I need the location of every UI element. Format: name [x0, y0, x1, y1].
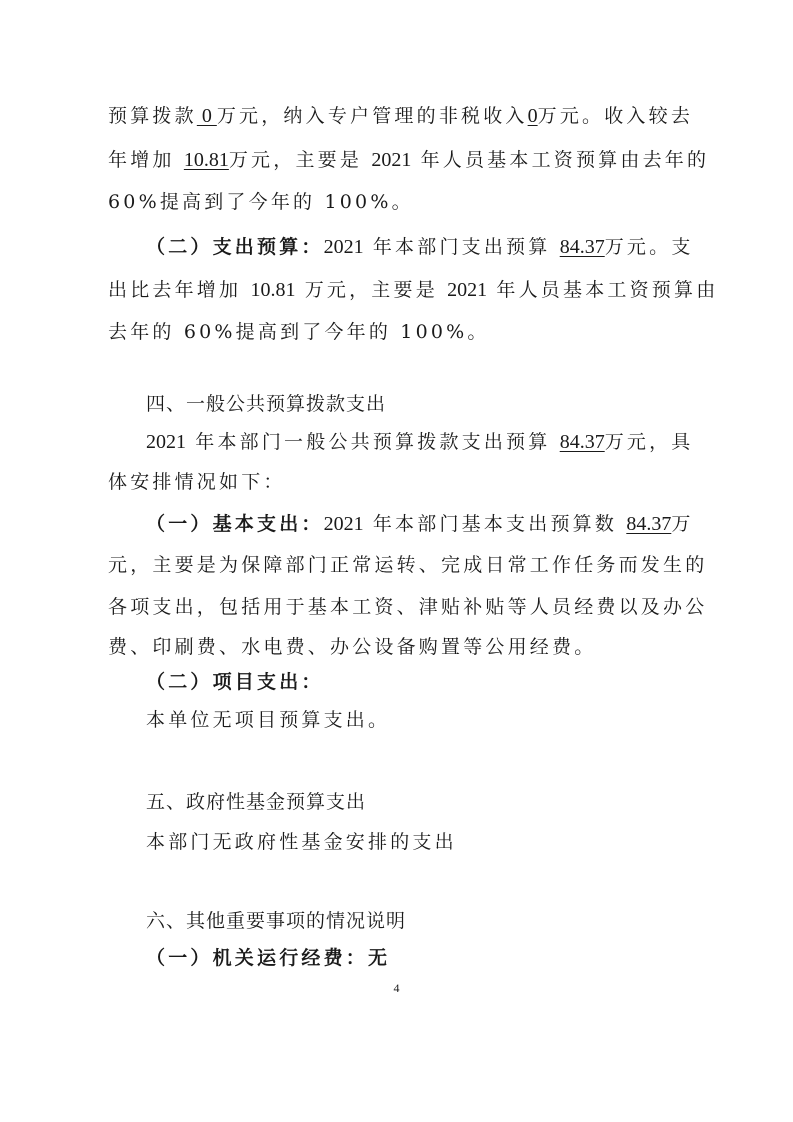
project-expenditure-label: （二）项目支出：	[146, 670, 726, 694]
document-page: 预算拨款 0 万元，纳入专户管理的非税收入0万元。收入较去 年增加 10.81万…	[0, 0, 793, 1122]
operating-expenses-item: （一）机关运行经费：无	[146, 946, 726, 970]
section-4-intro-line-2: 体安排情况如下：	[108, 470, 688, 494]
income-paragraph-line-1: 预算拨款 0 万元，纳入专户管理的非税收入0万元。收入较去	[108, 104, 688, 128]
income-paragraph-line-2: 年增加 10.81万元，主要是 2021 年人员基本工资预算由去年的	[108, 148, 688, 172]
year: 2021	[324, 236, 364, 258]
section-4-intro-line-1: 2021 年本部门一般公共预算拨款支出预算 84.37万元，具	[146, 430, 726, 454]
page-number: 4	[0, 981, 793, 996]
section-6-heading: 六、其他重要事项的情况说明	[146, 909, 726, 933]
expenditure-budget-line-3: 去年的 60%提高到了今年的 100%。	[108, 320, 688, 344]
text: 年本部门基本支出预算数	[373, 513, 617, 535]
year: 2021	[371, 149, 411, 171]
basic-expenditure-line-4: 费、印刷费、水电费、办公设备购置等公用经费。	[108, 635, 688, 659]
underlined-value: 0	[197, 105, 217, 127]
text: 年人员基本工资预算由去年的	[421, 149, 710, 171]
subsection-label: （一）基本支出：	[146, 513, 324, 535]
text: 年本部门支出预算	[373, 236, 551, 258]
text: 万元。收入较去	[538, 105, 693, 127]
section-5-text: 本部门无政府性基金安排的支出	[146, 830, 726, 854]
section-4-heading: 四、一般公共预算拨款支出	[146, 392, 726, 416]
underlined-value: 84.37	[560, 236, 605, 258]
expenditure-budget-line-2: 出比去年增加 10.81 万元，主要是 2021 年人员基本工资预算由	[108, 278, 688, 302]
subsection-label: （二）支出预算：	[146, 236, 324, 258]
text: 60%提高到了今年的 100%。	[108, 191, 414, 213]
project-expenditure-text: 本单位无项目预算支出。	[146, 708, 726, 732]
text: 万元，具	[605, 431, 694, 453]
section-5-heading: 五、政府性基金预算支出	[146, 790, 726, 814]
text: 年本部门一般公共预算拨款支出预算	[195, 431, 550, 453]
basic-expenditure-line-1: （一）基本支出：2021 年本部门基本支出预算数 84.37万	[146, 512, 726, 536]
year: 2021	[146, 431, 186, 453]
text: 去年的 60%提高到了今年的 100%。	[108, 321, 490, 343]
basic-expenditure-line-3: 各项支出，包括用于基本工资、津贴补贴等人员经费以及办公	[108, 595, 688, 619]
text: 年增加	[108, 149, 175, 171]
income-paragraph-line-3: 60%提高到了今年的 100%。	[108, 190, 688, 214]
text: 万元，主要是	[305, 279, 438, 301]
underlined-value: 84.37	[560, 431, 605, 453]
basic-expenditure-line-2: 元，主要是为保障部门正常运转、完成日常工作任务而发生的	[108, 553, 688, 577]
year: 2021	[324, 513, 364, 535]
value: 10.81	[250, 279, 295, 301]
year: 2021	[447, 279, 487, 301]
expenditure-budget-line-1: （二）支出预算：2021 年本部门支出预算 84.37万元。支	[146, 235, 726, 259]
text: 万元。支	[605, 236, 694, 258]
text: 万元，纳入专户管理的非税收入	[217, 105, 528, 127]
text: 万	[671, 513, 693, 535]
text: 万元，主要是	[229, 149, 362, 171]
text: 预算拨款	[108, 105, 197, 127]
underlined-value: 0	[528, 105, 538, 127]
text: 年人员基本工资预算由	[496, 279, 718, 301]
text: 出比去年增加	[108, 279, 241, 301]
underlined-value: 84.37	[626, 513, 671, 535]
underlined-value: 10.81	[184, 149, 229, 171]
